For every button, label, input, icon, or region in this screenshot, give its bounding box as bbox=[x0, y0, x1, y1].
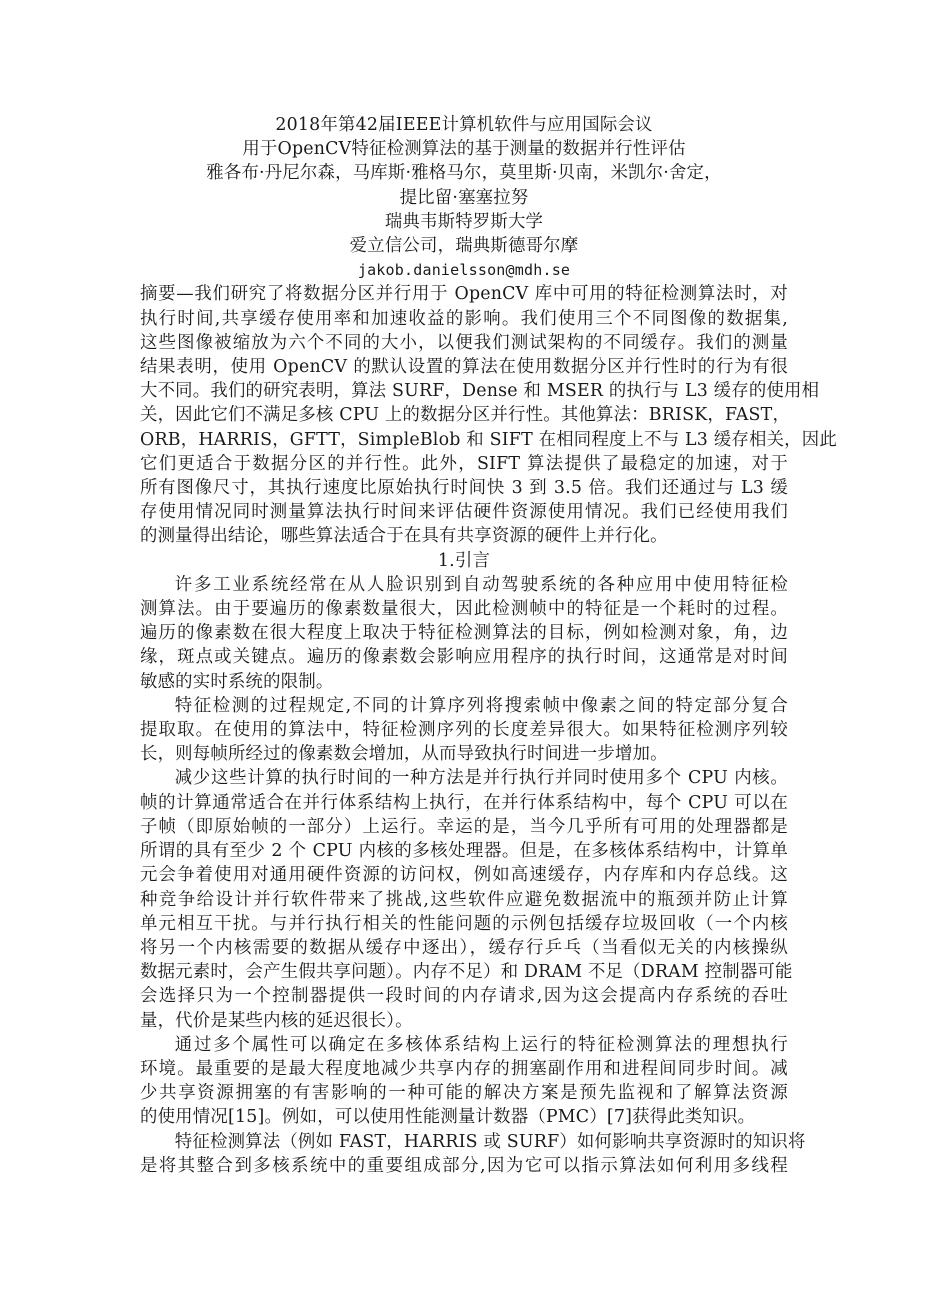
paragraph-line: 子帧（即原始帧的一部分）上运行。幸运的是，当今几乎所有可用的处理器都是 bbox=[140, 815, 788, 839]
paragraph-line: 单元相互干扰。与并行执行相关的性能问题的示例包括缓存垃圾回收（一个内核 bbox=[140, 912, 788, 936]
paragraph-line: 帧的计算通常适合在并行体系结构上执行，在并行体系结构中，每个 CPU 可以在 bbox=[140, 791, 788, 815]
paragraph-line: 的使用情况[15]。例如，可以使用性能测量计数器（PMC）[7]获得此类知识。 bbox=[140, 1105, 788, 1129]
body-paragraph: 特征检测的过程规定,不同的计算序列将搜索帧中像素之间的特定部分复合 提取取。在使… bbox=[140, 694, 788, 767]
paragraph-line: 数据元素时，会产生假共享问题）。内存不足）和 DRAM 不足（DRAM 控制器可… bbox=[140, 960, 788, 984]
abstract-line: ORB，HARRIS，GFTT，SimpleBlob 和 SIFT 在相同程度上… bbox=[140, 428, 788, 452]
section-heading-introduction: 1.引言 bbox=[140, 549, 788, 573]
body-paragraph: 通过多个属性可以确定在多核体系结构上运行的特征检测算法的理想执行 环境。最重要的… bbox=[140, 1033, 788, 1130]
paragraph-line: 提取取。在使用的算法中，特征检测序列的长度差异很大。如果特征检测序列较 bbox=[140, 718, 788, 742]
abstract-line: 它们更适合于数据分区的并行性。此外，SIFT 算法提供了最稳定的加速，对于 bbox=[140, 452, 788, 476]
affiliation-2: 爱立信公司，瑞典斯德哥尔摩 bbox=[140, 234, 788, 258]
paragraph-line: 减少这些计算的执行时间的一种方法是并行执行并同时使用多个 CPU 内核。 bbox=[140, 766, 788, 790]
conference-name: 2018年第42届IEEE计算机软件与应用国际会议 bbox=[140, 113, 788, 137]
paragraph-line: 特征检测的过程规定,不同的计算序列将搜索帧中像素之间的特定部分复合 bbox=[140, 694, 788, 718]
abstract-line: 结果表明，使用 OpenCV 的默认设置的算法在使用数据分区并行性时的行为有很 bbox=[140, 355, 788, 379]
paragraph-line: 敏感的实时系统的限制。 bbox=[140, 670, 788, 694]
paragraph-line: 所谓的具有至少 2 个 CPU 内核的多核处理器。但是，在多核体系结构中，计算单 bbox=[140, 839, 788, 863]
abstract-line: 关，因此它们不满足多核 CPU 上的数据分区并行性。其他算法：BRISK，FAS… bbox=[140, 403, 788, 427]
abstract-line: 摘要—我们研究了将数据分区并行用于 OpenCV 库中可用的特征检测算法时，对 bbox=[140, 282, 788, 306]
paragraph-line: 遍历的像素数在很大程度上取决于特征检测算法的目标，例如检测对象，角，边 bbox=[140, 621, 788, 645]
paragraph-line: 是将其整合到多核系统中的重要组成部分,因为它可以指示算法如何利用多线程 bbox=[140, 1154, 788, 1178]
abstract-line: 所有图像尺寸，其执行速度比原始执行时间快 3 到 3.5 倍。我们还通过与 L3… bbox=[140, 476, 788, 500]
abstract-line: 大不同。我们的研究表明，算法 SURF，Dense 和 MSER 的执行与 L3… bbox=[140, 379, 788, 403]
paragraph-line: 量，代价是某些内核的延迟很长）。 bbox=[140, 1009, 788, 1033]
paragraph-line: 少共享资源拥塞的有害影响的一种可能的解决方案是预先监视和了解算法资源 bbox=[140, 1081, 788, 1105]
paper-header: 2018年第42届IEEE计算机软件与应用国际会议 用于OpenCV特征检测算法… bbox=[140, 113, 788, 282]
paragraph-line: 特征检测算法（例如 FAST，HARRIS 或 SURF）如何影响共享资源时的知… bbox=[140, 1130, 788, 1154]
abstract-line: 的测量得出结论，哪些算法适合于在具有共享资源的硬件上并行化。 bbox=[140, 524, 788, 548]
abstract-line: 存使用情况同时测量算法执行时间来评估硬件资源使用情况。我们已经使用我们 bbox=[140, 500, 788, 524]
body-paragraph: 许多工业系统经常在从人脸识别到自动驾驶系统的各种应用中使用特征检 测算法。由于要… bbox=[140, 573, 788, 694]
paper-page: 2018年第42届IEEE计算机软件与应用国际会议 用于OpenCV特征检测算法… bbox=[140, 113, 788, 1178]
abstract-line: 这些图像被缩放为六个不同的大小，以便我们测试架构的不同缓存。我们的测量 bbox=[140, 331, 788, 355]
paragraph-line: 环境。最重要的是最大程度地减少共享内存的拥塞副作用和进程间同步时间。减 bbox=[140, 1057, 788, 1081]
paragraph-line: 元会争着使用对通用硬件资源的访问权，例如高速缓存，内存库和内存总线。这 bbox=[140, 863, 788, 887]
paragraph-line: 通过多个属性可以确定在多核体系结构上运行的特征检测算法的理想执行 bbox=[140, 1033, 788, 1057]
paper-title: 用于OpenCV特征检测算法的基于测量的数据并行性评估 bbox=[140, 137, 788, 161]
paragraph-line: 测算法。由于要遍历的像素数量很大，因此检测帧中的特征是一个耗时的过程。 bbox=[140, 597, 788, 621]
paragraph-line: 许多工业系统经常在从人脸识别到自动驾驶系统的各种应用中使用特征检 bbox=[140, 573, 788, 597]
paragraph-line: 长，则每帧所经过的像素数会增加，从而导致执行时间进一步增加。 bbox=[140, 742, 788, 766]
affiliation-1: 瑞典韦斯特罗斯大学 bbox=[140, 210, 788, 234]
body-paragraph: 特征检测算法（例如 FAST，HARRIS 或 SURF）如何影响共享资源时的知… bbox=[140, 1130, 788, 1178]
abstract-line: 执行时间,共享缓存使用率和加速收益的影响。我们使用三个不同图像的数据集, bbox=[140, 307, 788, 331]
paragraph-line: 将另一个内核需要的数据从缓存中逐出），缓存行乒乓（当看似无关的内核操纵 bbox=[140, 936, 788, 960]
author-email: jakob.danielsson@mdh.se bbox=[140, 258, 788, 282]
authors-line-1: 雅各布·丹尼尔森，马库斯·雅格马尔，莫里斯·贝南，米凯尔·舍定， bbox=[140, 161, 788, 185]
paragraph-line: 缘，斑点或关键点。遍历的像素数会影响应用程序的执行时间，这通常是对时间 bbox=[140, 645, 788, 669]
body-paragraph: 减少这些计算的执行时间的一种方法是并行执行并同时使用多个 CPU 内核。 帧的计… bbox=[140, 766, 788, 1032]
abstract: 摘要—我们研究了将数据分区并行用于 OpenCV 库中可用的特征检测算法时，对 … bbox=[140, 282, 788, 548]
paragraph-line: 种竞争给设计并行软件带来了挑战,这些软件应避免数据流中的瓶颈并防止计算 bbox=[140, 888, 788, 912]
paragraph-line: 会选择只为一个控制器提供一段时间的内存请求,因为这会提高内存系统的吞吐 bbox=[140, 984, 788, 1008]
authors-line-2: 提比留·塞塞拉努 bbox=[140, 186, 788, 210]
